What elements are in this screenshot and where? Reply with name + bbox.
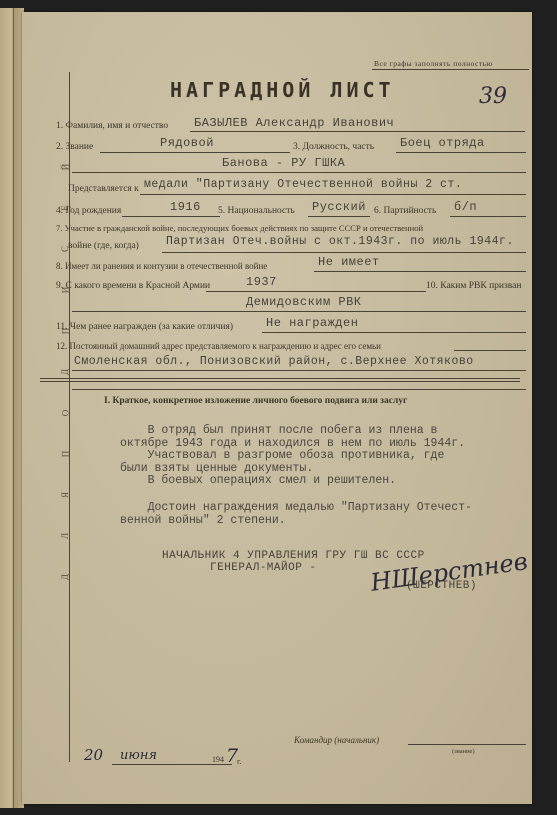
field-7-label-cont: войне (где, когда) bbox=[68, 241, 139, 251]
signatory-title: НАЧАЛЬНИК 4 УПРАВЛЕНИЯ ГРУ ГШ ВС СССР bbox=[162, 550, 425, 562]
date-year-prefix: 194 bbox=[212, 755, 224, 764]
field-11-value: Не награжден bbox=[266, 316, 358, 330]
signatory-name: (ШЕРСТНЕВ) bbox=[406, 580, 477, 592]
field-9-value: 1937 bbox=[246, 275, 277, 289]
margin-letter: Я bbox=[60, 492, 70, 498]
binder-line bbox=[13, 8, 14, 808]
field-6-label: 6. Партийность bbox=[374, 206, 436, 216]
field-8-label: 8. Имеет ли ранения и контузии в отечест… bbox=[56, 261, 267, 271]
field-6-value: б/п bbox=[454, 200, 477, 214]
date-line bbox=[112, 764, 232, 765]
field-12-line bbox=[454, 350, 526, 351]
field-12-line-2 bbox=[72, 370, 526, 371]
margin-letter: Д bbox=[60, 574, 70, 580]
margin-letter: О bbox=[60, 410, 70, 417]
field-7-line bbox=[162, 252, 526, 253]
field-11-label: 11. Чем ранее награжден (за какие отличи… bbox=[56, 322, 233, 332]
section-divider-top bbox=[40, 378, 520, 379]
field-10-value: Демидовским РВК bbox=[246, 295, 362, 309]
field-8-value: Не имеет bbox=[318, 255, 380, 269]
field-9-line bbox=[206, 291, 426, 292]
signatory-rank: ГЕНЕРАЛ-МАЙОР - bbox=[210, 562, 317, 574]
merit-conclusion: Достоин награждения медалью "Партизану О… bbox=[120, 502, 472, 527]
rank-caption: (звание) bbox=[452, 748, 475, 755]
binder-edge bbox=[0, 8, 24, 808]
presented-line bbox=[140, 194, 526, 195]
field-3-value: Боец отряда bbox=[400, 136, 485, 150]
field-4-label: 4. Год рождения bbox=[56, 206, 121, 216]
margin-letter: Й bbox=[60, 164, 70, 171]
field-2-value: Рядовой bbox=[160, 136, 214, 150]
field-3-label: 3. Должность, часть bbox=[293, 142, 374, 152]
field-5-line bbox=[308, 216, 370, 217]
field-10-label: 10. Каким РВК призван bbox=[426, 281, 521, 291]
instruction-underline bbox=[372, 69, 529, 70]
award-sheet-page: Д Л Я П О Д П И С Е Й Все графы заполнят… bbox=[22, 12, 532, 804]
page-title: НАГРАДНОЙ ЛИСТ bbox=[170, 78, 395, 102]
field-6-line bbox=[450, 216, 526, 217]
field-2-label: 2. Звание bbox=[56, 142, 93, 152]
field-9-label: 9. С какого времени в Красной Армии bbox=[56, 281, 210, 291]
section-divider-bottom bbox=[40, 381, 520, 382]
commander-label: Командир (начальник) bbox=[294, 735, 379, 745]
field-5-value: Русский bbox=[312, 200, 366, 214]
field-3-line-cont bbox=[72, 172, 526, 173]
date-month: июня bbox=[120, 748, 157, 763]
margin-letter: П bbox=[60, 451, 70, 458]
field-2-line bbox=[100, 152, 290, 153]
field-7-value: Партизан Отеч.войны с окт.1943г. по июль… bbox=[166, 235, 514, 248]
margin-letter: Л bbox=[60, 533, 70, 539]
field-10-line bbox=[72, 311, 526, 312]
field-12-line-3 bbox=[72, 389, 526, 390]
presented-label: Представляется к bbox=[68, 184, 139, 194]
field-5-label: 5. Национальность bbox=[218, 206, 295, 216]
margin-letter: Д bbox=[60, 369, 70, 375]
presented-value: медали "Партизану Отечественной войны 2 … bbox=[144, 178, 462, 191]
sheet-number: 39 bbox=[479, 84, 507, 109]
field-3-line bbox=[396, 152, 526, 153]
date-suffix: г. bbox=[237, 757, 241, 766]
field-1-line bbox=[190, 131, 525, 132]
field-12-value: Смоленская обл., Понизовский район, с.Ве… bbox=[74, 355, 474, 368]
field-4-value: 1916 bbox=[170, 200, 201, 214]
field-12-label: 12. Постоянный домашний адрес представля… bbox=[56, 341, 381, 351]
field-1-label: 1. Фамилия, имя и отчество bbox=[56, 121, 168, 131]
field-11-line bbox=[262, 332, 526, 333]
merit-description: В отряд был принят после побега из плена… bbox=[120, 425, 465, 488]
fill-instruction: Все графы заполнять полностью bbox=[374, 59, 493, 68]
field-1-value: БАЗЫЛЕВ Александр Иванович bbox=[194, 116, 394, 130]
field-8-line bbox=[314, 271, 526, 272]
field-4-line bbox=[122, 216, 220, 217]
section-heading: I. Краткое, конкретное изложение личного… bbox=[104, 396, 407, 406]
date-day: 20 bbox=[84, 746, 103, 764]
commander-line bbox=[408, 744, 526, 745]
field-3-value-cont: Банова - РУ ГШКА bbox=[222, 156, 345, 170]
field-7-label: 7. Участие в гражданской войне, последую… bbox=[56, 223, 423, 233]
